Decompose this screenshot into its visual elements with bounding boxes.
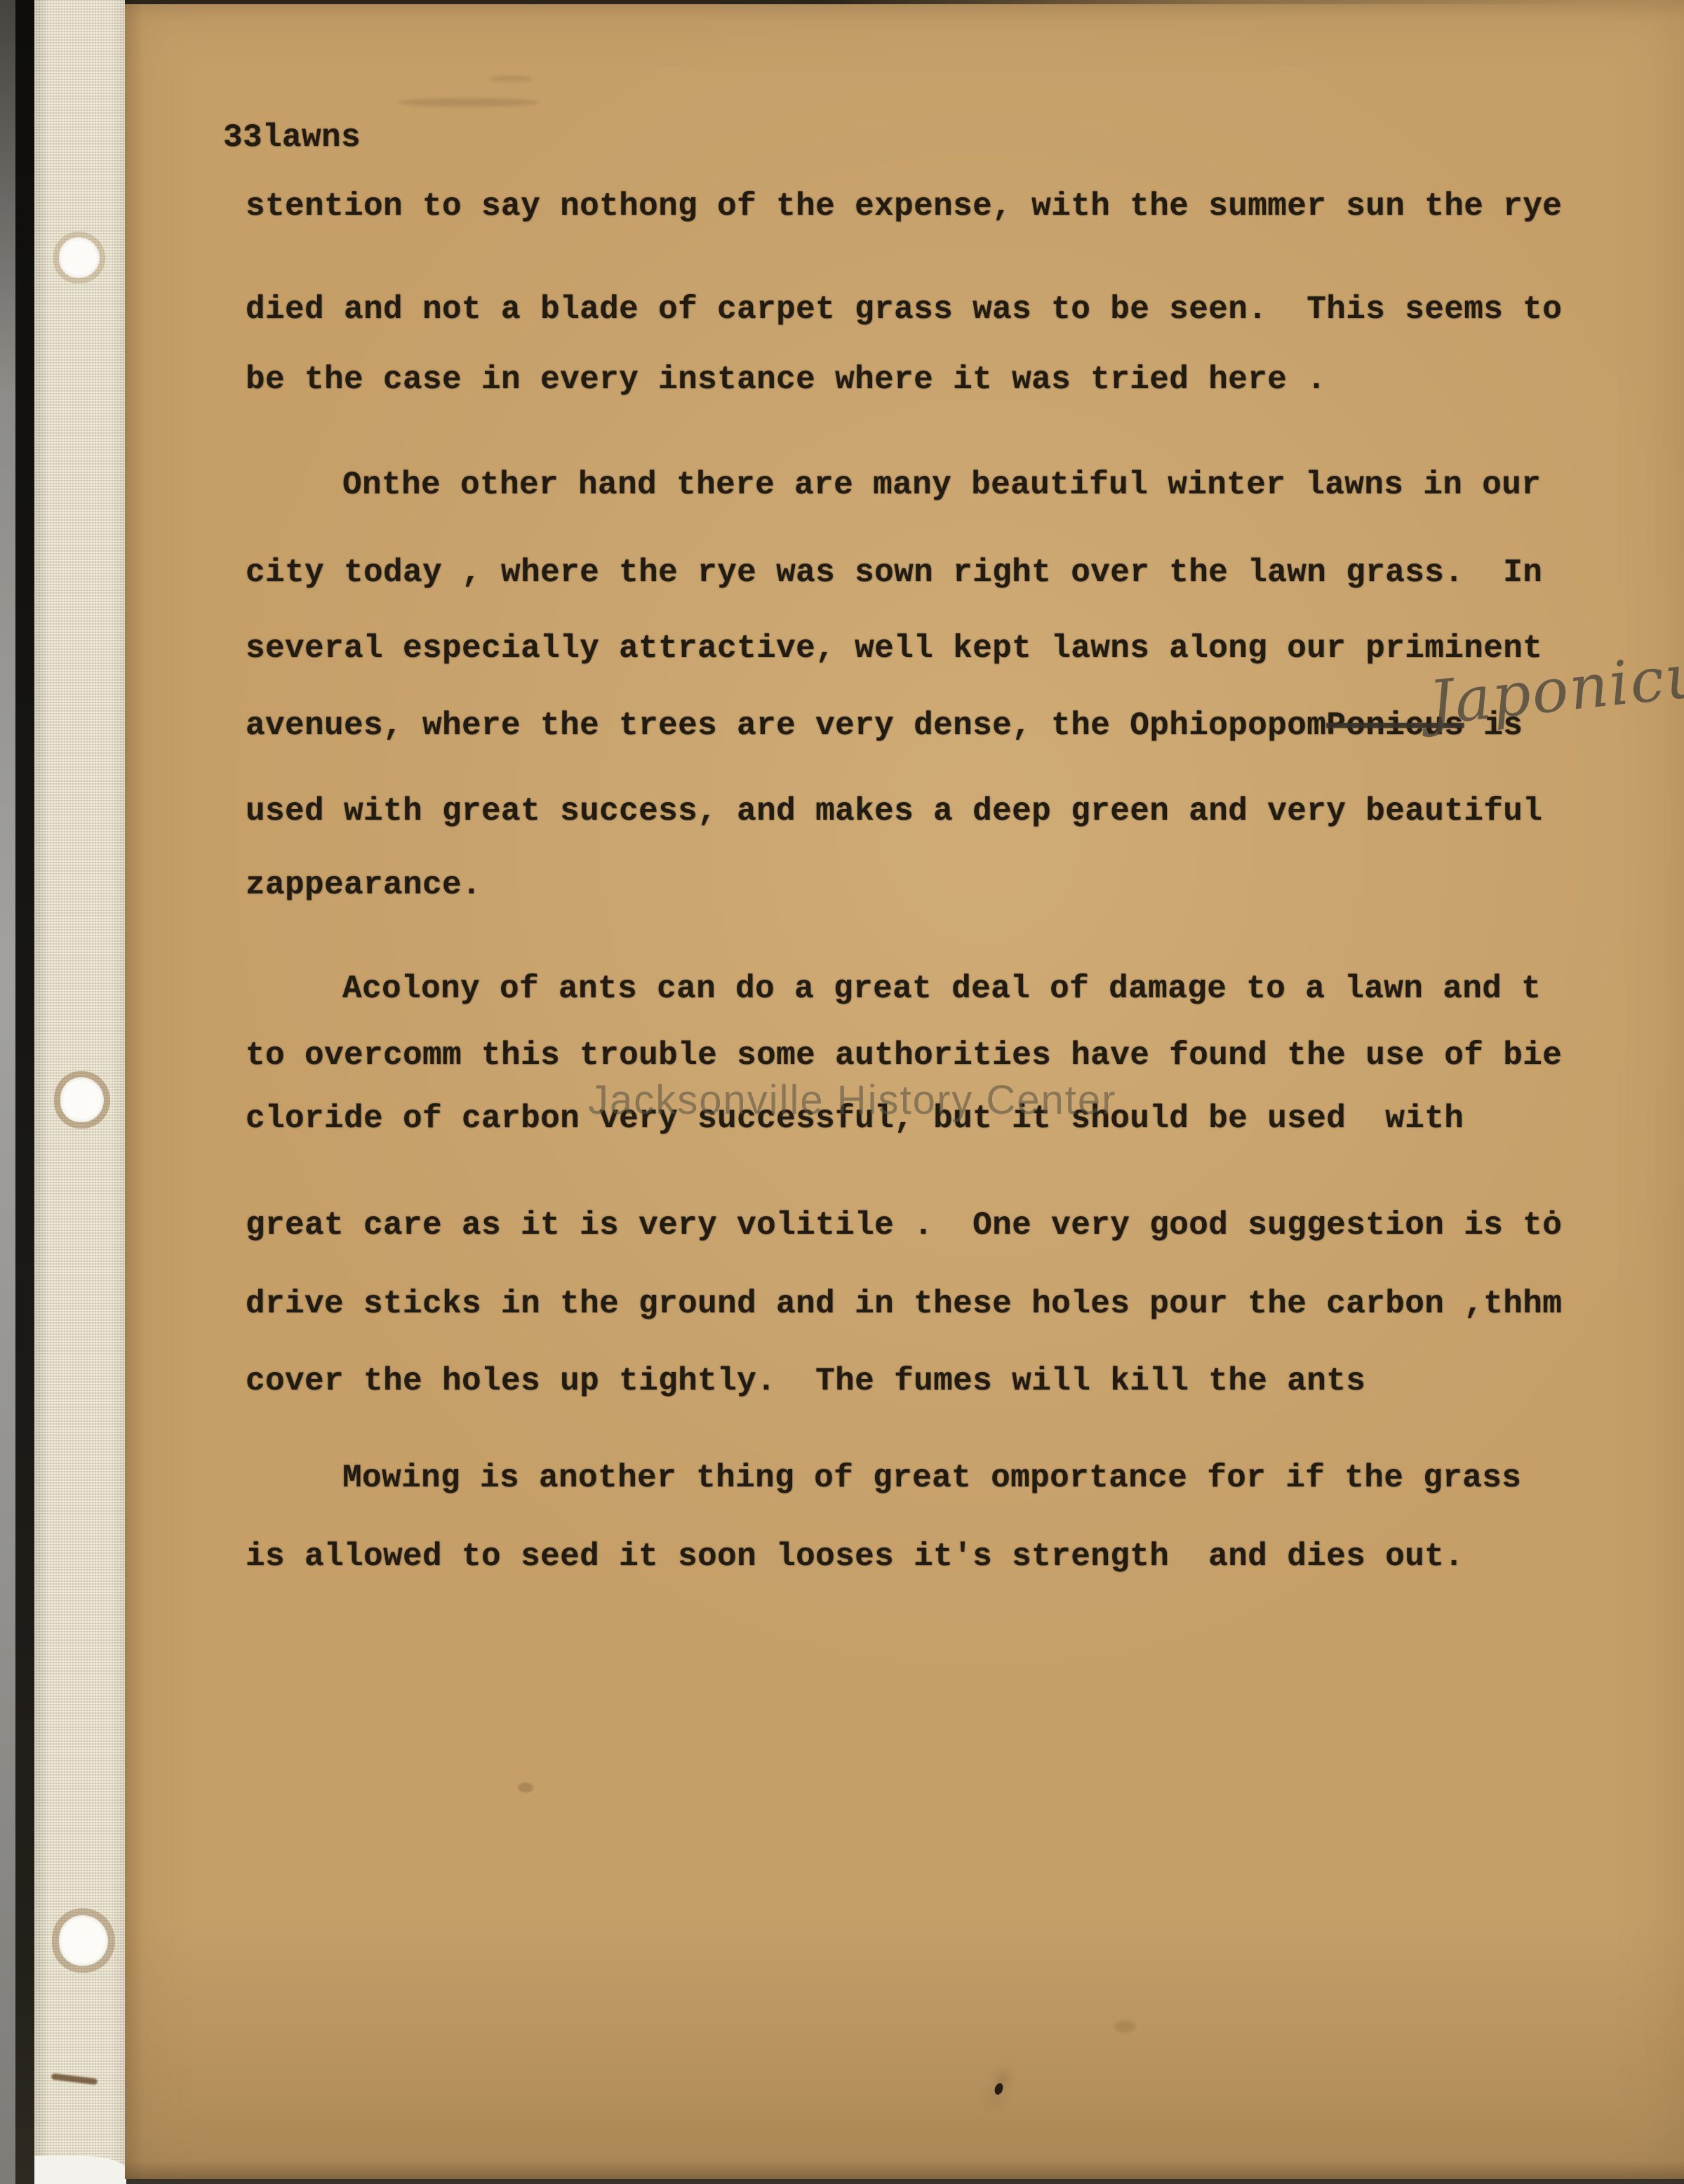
- scan-top-shadow: [125, 0, 1684, 4]
- punch-hole-top: [59, 237, 100, 278]
- ink-fleck: [994, 2082, 1005, 2096]
- pencil-smudge: [399, 98, 539, 107]
- page-bottom-shadow: [125, 2161, 1684, 2179]
- typed-line: cover the holes up tightly. The fumes wi…: [246, 1363, 1365, 1399]
- typed-line: great care as it is very volitile . One …: [246, 1207, 1562, 1244]
- typed-line-with-revision: avenues, where the trees are very dense,…: [246, 707, 1523, 744]
- scanner-edge: [0, 0, 15, 2184]
- punch-hole-bottom: [59, 1915, 108, 1966]
- document-page: 33lawns stention to say nothong of the e…: [125, 0, 1684, 2179]
- watermark-text: Jacksonville History Center: [588, 1077, 1116, 1124]
- typed-line: Acolony of ants can do a great deal of d…: [342, 971, 1541, 1007]
- scanned-document: 33lawns stention to say nothong of the e…: [0, 0, 1684, 2184]
- typed-line: city today , where the rye was sown righ…: [246, 554, 1542, 591]
- revision-before: avenues, where the trees are very dense,…: [246, 707, 1326, 744]
- typed-line: drive sticks in the ground and in these …: [246, 1286, 1562, 1322]
- typed-line: be the case in every instance where it w…: [246, 361, 1326, 398]
- fiber-smudge: [51, 2073, 98, 2085]
- pencil-smudge: [490, 76, 532, 81]
- typed-line: Mowing is another thing of great omporta…: [342, 1460, 1521, 1496]
- scan-bottom-edge: [126, 2179, 1684, 2184]
- punch-hole-middle: [60, 1077, 104, 1122]
- typed-line: used with great success, and makes a dee…: [246, 793, 1542, 830]
- typed-line: to overcomm this trouble some authoritie…: [246, 1037, 1562, 1074]
- binder-spine-shadow: [15, 0, 34, 2184]
- typed-line: is allowed to seed it soon looses it's s…: [246, 1538, 1464, 1575]
- typed-line: Onthe other hand there are many beautifu…: [342, 467, 1541, 503]
- page-label: 33lawns: [223, 119, 361, 156]
- paper-stain: [518, 1783, 533, 1792]
- typed-line: several especially attractive, well kept…: [246, 630, 1542, 667]
- typed-line: died and not a blade of carpet grass was…: [246, 291, 1562, 328]
- paper-stain: [1114, 2021, 1135, 2032]
- typed-line: zappearance.: [246, 867, 481, 903]
- typed-line: stention to say nothong of the expense, …: [246, 188, 1562, 225]
